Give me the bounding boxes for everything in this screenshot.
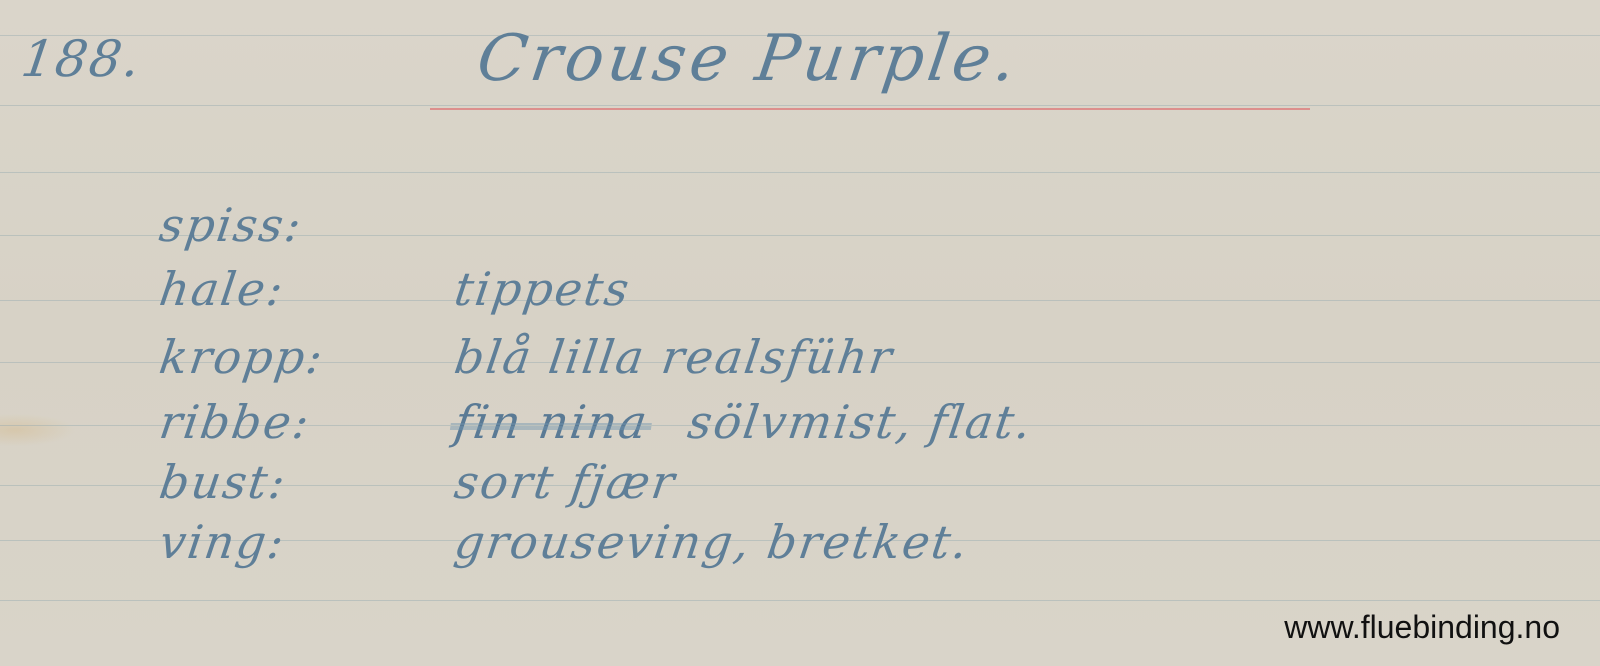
title-underline bbox=[430, 108, 1310, 110]
entry-value-rib-text: sölvmist, flat. bbox=[685, 395, 1037, 449]
ruled-line bbox=[0, 600, 1600, 601]
page-title: Crouse Purple. bbox=[473, 22, 1024, 96]
notebook-page: 188. Crouse Purple. spiss: hale: tippets… bbox=[0, 0, 1600, 666]
watermark: www.fluebinding.no bbox=[1284, 609, 1560, 646]
ruled-line bbox=[0, 105, 1600, 106]
entry-label-wing: ving: bbox=[156, 515, 289, 569]
entry-label-body: kropp: bbox=[156, 330, 328, 384]
entry-value-throat: sort fjær bbox=[451, 455, 680, 509]
entry-value-body: blå lilla realsführ bbox=[451, 330, 897, 384]
entry-label-tip: spiss: bbox=[156, 198, 306, 252]
entry-label-throat: bust: bbox=[156, 455, 290, 509]
page-number: 188. bbox=[18, 30, 145, 88]
ruled-line bbox=[0, 172, 1600, 173]
entry-value-wing: grouseving, bretket. bbox=[451, 515, 973, 569]
entry-label-tail: hale: bbox=[156, 262, 288, 316]
entry-value-tail: tippets bbox=[451, 262, 634, 316]
struck-through-text: fin nina bbox=[451, 395, 652, 449]
entry-label-rib: ribbe: bbox=[156, 395, 314, 449]
entry-value-rib: fin ninasölvmist, flat. bbox=[451, 395, 1036, 449]
